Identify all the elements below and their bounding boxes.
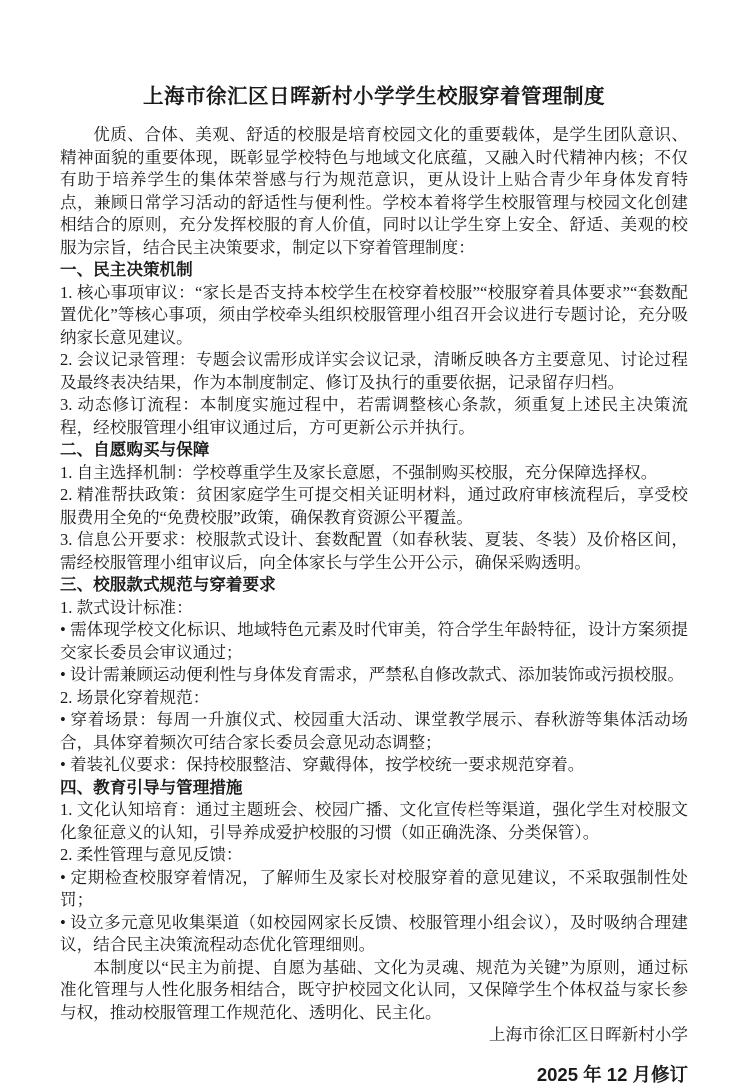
section-3-item-1: 1. 款式设计标准： bbox=[60, 597, 688, 620]
section-4-item-1: 1. 文化认知培育：通过主题班会、校园广播、文化宣传栏等渠道，强化学生对校服文化… bbox=[60, 799, 688, 844]
section-2-item-1: 1. 自主选择机制：学校尊重学生及家长意愿，不强制购买校服，充分保障选择权。 bbox=[60, 462, 688, 485]
document-page: 上海市徐汇区日晖新村小学学生校服穿着管理制度 优质、合体、美观、舒适的校服是培育… bbox=[0, 0, 750, 1087]
section-3-bullet-4: • 着装礼仪要求：保持校服整洁、穿戴得体，按学校统一要求规范穿着。 bbox=[60, 754, 688, 777]
section-3-bullet-1: • 需体现学校文化标识、地域特色元素及时代审美，符合学生年龄特征，设计方案须提交… bbox=[60, 619, 688, 664]
closing-paragraph: 本制度以“民主为前提、自愿为基础、文化为灵魂、规范为关键”为原则，通过标准化管理… bbox=[60, 957, 688, 1025]
intro-paragraph: 优质、合体、美观、舒适的校服是培育校园文化的重要载体，是学生团队意识、精神面貌的… bbox=[60, 124, 688, 259]
section-heading-voluntary-purchase: 二、自愿购买与保障 bbox=[60, 439, 688, 462]
section-heading-democratic-decision: 一、民主决策机制 bbox=[60, 259, 688, 282]
section-4-bullet-2: • 设立多元意见收集渠道（如校园网家长反馈、校服管理小组会议），及时吸纳合理建议… bbox=[60, 912, 688, 957]
revision-date: 2025 年 12 月修订 bbox=[60, 1062, 688, 1087]
signature-school-name: 上海市徐汇区日晖新村小学 bbox=[60, 1024, 688, 1047]
section-4-item-2: 2. 柔性管理与意见反馈： bbox=[60, 844, 688, 867]
section-heading-education-management: 四、教育引导与管理措施 bbox=[60, 777, 688, 800]
section-1-item-3: 3. 动态修订流程：本制度实施过程中，若需调整核心条款，须重复上述民主决策流程，… bbox=[60, 394, 688, 439]
section-3-bullet-2: • 设计需兼顾运动便利性与身体发育需求，严禁私自修改款式、添加装饰或污损校服。 bbox=[60, 664, 688, 687]
section-1-item-1: 1. 核心事项审议：“家长是否支持本校学生在校穿着校服”“校服穿着具体要求”“套… bbox=[60, 282, 688, 350]
section-2-item-3: 3. 信息公开要求：校服款式设计、套数配置（如春秋装、夏装、冬装）及价格区间，需… bbox=[60, 529, 688, 574]
section-3-bullet-3: • 穿着场景：每周一升旗仪式、校园重大活动、课堂教学展示、春秋游等集体活动场合，… bbox=[60, 709, 688, 754]
section-1-item-2: 2. 会议记录管理：专题会议需形成详实会议记录，清晰反映各方主要意见、讨论过程及… bbox=[60, 349, 688, 394]
section-4-bullet-1: • 定期检查校服穿着情况，了解师生及家长对校服穿着的意见建议，不采取强制性处罚； bbox=[60, 867, 688, 912]
section-2-item-2: 2. 精准帮扶政策：贫困家庭学生可提交相关证明材料，通过政府审核流程后，享受校服… bbox=[60, 484, 688, 529]
document-title: 上海市徐汇区日晖新村小学学生校服穿着管理制度 bbox=[60, 84, 688, 110]
section-heading-style-and-wearing: 三、校服款式规范与穿着要求 bbox=[60, 574, 688, 597]
section-3-item-2: 2. 场景化穿着规范： bbox=[60, 687, 688, 710]
